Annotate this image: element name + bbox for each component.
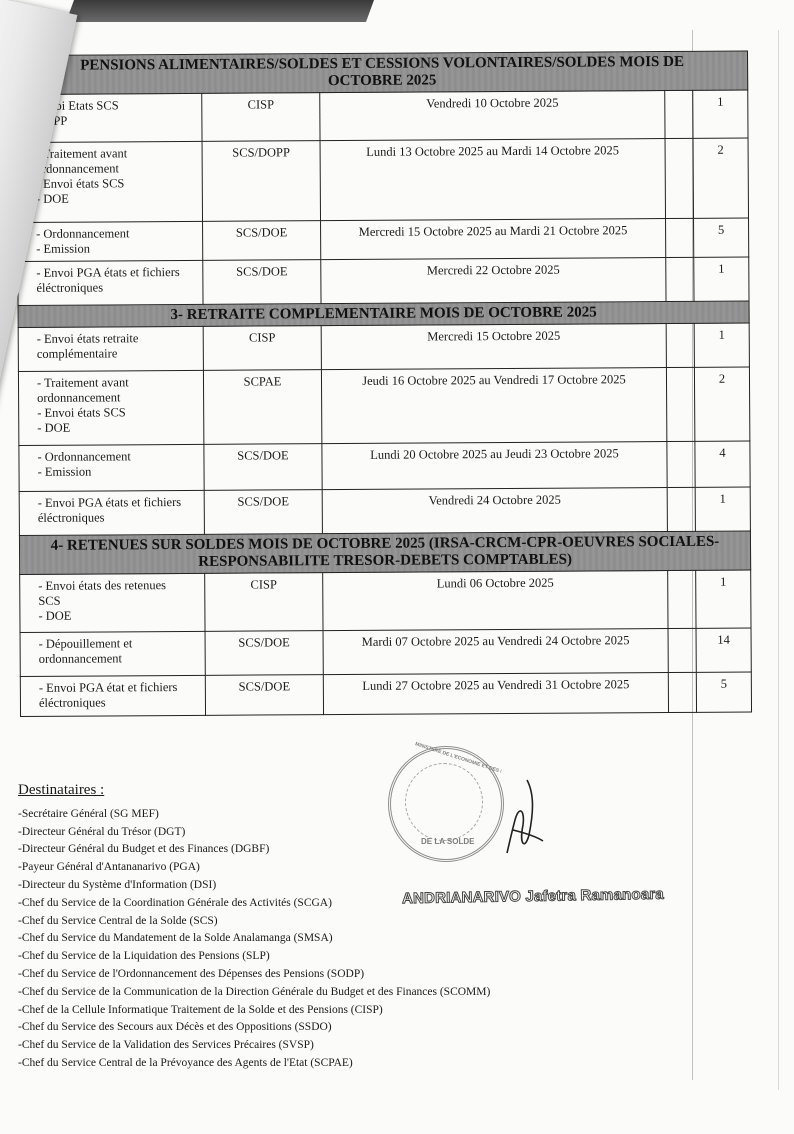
task-line: éléctroniques xyxy=(39,695,199,711)
task-cell: - Envoi PGA états et fichierséléctroniqu… xyxy=(18,260,203,305)
recipient-item: -Chef du Service Central de la Prévoyanc… xyxy=(18,1055,490,1073)
task-cell: - Envoi états retraitecomplémentaire xyxy=(18,326,203,371)
days-cell: 1 xyxy=(694,323,749,367)
schedule-table: PENSIONS ALIMENTAIRES/SOLDES ET CESSIONS… xyxy=(16,51,752,717)
recipient-item: -Chef de la Cellule Informatique Traitem… xyxy=(18,1002,490,1020)
actor-cell: SCS/DOPP xyxy=(202,141,320,222)
spacer-cell xyxy=(666,257,694,301)
task-line: - Emission xyxy=(38,464,198,480)
actor-cell: CISP xyxy=(202,93,320,142)
task-line: - Envoi états retraite xyxy=(37,331,197,347)
days-cell: 4 xyxy=(695,441,750,487)
table-row: - Ordonnancement- EmissionSCS/DOELundi 2… xyxy=(19,441,750,491)
section-header: 4- RETENUES SUR SOLDES MOIS DE OCTOBRE 2… xyxy=(19,531,750,574)
task-line: - Envoi états des retenues xyxy=(38,578,198,594)
task-line: - Envoi états SCS xyxy=(36,176,196,192)
signature-icon xyxy=(505,775,545,855)
task-cell: - Ordonnancement- Emission xyxy=(18,221,203,261)
date-cell: Mardi 07 Octobre 2025 au Vendredi 24 Oct… xyxy=(323,629,668,675)
task-line: éléctroniques xyxy=(36,280,196,296)
signer-name: ANDRIANARIVO Jafetra Ramanoara xyxy=(402,886,664,908)
spacer-cell xyxy=(665,138,693,218)
task-cell: - Dépouillement etordonnancement xyxy=(20,631,205,676)
task-line: - DOE xyxy=(36,191,196,207)
date-cell: Jeudi 16 Octobre 2025 au Vendredi 17 Oct… xyxy=(321,368,666,444)
date-cell: Vendredi 24 Octobre 2025 xyxy=(322,488,667,534)
table-row: - Ordonnancement- EmissionSCS/DOEMercred… xyxy=(18,218,749,261)
table-row: Envoi Etats SCSDOPPCISPVendredi 10 Octob… xyxy=(17,90,748,142)
task-line: - Traitement avant xyxy=(37,375,197,391)
task-line: - Envoi PGA état et fichiers xyxy=(39,680,199,696)
scan-edge-shadow xyxy=(66,0,374,22)
date-cell: Vendredi 10 Octobre 2025 xyxy=(320,91,665,141)
task-line: - Dépouillement et xyxy=(39,636,199,652)
days-cell: 1 xyxy=(693,90,748,138)
stamp-inner-ring xyxy=(405,763,483,841)
official-stamp: MINISTERE DE L'ECONOMIE ET DES FINANCES … xyxy=(388,746,504,862)
document-page: PENSIONS ALIMENTAIRES/SOLDES ET CESSIONS… xyxy=(0,0,794,1134)
date-cell: Mercredi 15 Octobre 2025 xyxy=(321,324,666,370)
date-cell: Mercredi 22 Octobre 2025 xyxy=(321,258,666,304)
task-line: ordonnancement xyxy=(39,651,199,667)
task-line: - Ordonnancement xyxy=(36,226,196,242)
task-line: - DOE xyxy=(37,420,197,436)
task-line: SCS xyxy=(38,593,198,609)
date-cell: Lundi 27 Octobre 2025 au Vendredi 31 Oct… xyxy=(323,673,668,715)
task-line: - Envoi PGA états et fichiers xyxy=(38,495,198,511)
actor-cell: SCS/DOE xyxy=(204,490,322,535)
recipient-item: -Chef du Service du Mandatement de la So… xyxy=(18,930,490,948)
table-row: - Traitement avantordonnancement- Envoi … xyxy=(18,367,749,445)
task-line: - Ordonnancement xyxy=(37,449,197,465)
task-line: - Emission xyxy=(36,241,196,257)
table-row: - Envoi PGA états et fichierséléctroniqu… xyxy=(19,487,750,535)
spacer-cell xyxy=(666,323,694,367)
actor-cell: SCS/DOE xyxy=(205,631,323,676)
task-line: Envoi Etats SCS xyxy=(35,98,195,114)
spacer-cell xyxy=(667,441,695,487)
recipient-item: -Chef du Service des Secours aux Décès e… xyxy=(18,1019,490,1037)
task-cell: - Traitement avantordonnancement- Envoi … xyxy=(18,370,203,445)
actor-cell: SCS/DOE xyxy=(204,444,322,491)
recipient-item: -Payeur Général d'Antananarivo (PGA) xyxy=(18,859,490,877)
date-cell: Lundi 06 Octobre 2025 xyxy=(323,571,668,631)
spacer-cell xyxy=(666,367,694,441)
days-cell: 1 xyxy=(694,257,749,301)
table-row: - Envoi états des retenuesSCS- DOECISPLu… xyxy=(20,570,751,632)
task-line: DOPP xyxy=(35,113,195,129)
recipient-item: -Chef du Service de la Validation des Se… xyxy=(18,1037,490,1055)
task-line: - Traitement avant xyxy=(36,146,196,162)
actor-cell: SCS/DOE xyxy=(203,221,321,261)
scan-artifact-line xyxy=(778,30,779,1090)
task-cell: - Envoi PGA état et fichierséléctronique… xyxy=(20,675,205,716)
table-row: - Envoi PGA états et fichierséléctroniqu… xyxy=(18,257,749,305)
days-cell: 5 xyxy=(694,218,749,257)
stamp-bottom-text: DE LA SOLDE xyxy=(421,837,474,846)
actor-cell: SCS/DOE xyxy=(203,260,321,305)
section-title: 4- RETENUES SUR SOLDES MOIS DE OCTOBRE 2… xyxy=(19,531,750,574)
actor-cell: CISP xyxy=(205,573,323,632)
actor-cell: SCPAE xyxy=(203,370,321,445)
actor-cell: CISP xyxy=(203,326,321,371)
table-row: - Traitement avantordonnancement- Envoi … xyxy=(17,138,748,222)
days-cell: 1 xyxy=(696,570,751,628)
recipient-item: -Chef du Service Central de la Solde (SC… xyxy=(18,913,490,931)
spacer-cell xyxy=(668,570,696,628)
spacer-cell xyxy=(665,90,693,138)
task-line: éléctroniques xyxy=(38,510,198,526)
days-cell: 5 xyxy=(696,672,751,712)
days-cell: 14 xyxy=(696,628,751,672)
days-cell: 2 xyxy=(694,367,749,441)
section-header: PENSIONS ALIMENTAIRES/SOLDES ET CESSIONS… xyxy=(17,51,748,94)
spacer-cell xyxy=(666,218,694,257)
actor-cell: SCS/DOE xyxy=(205,675,323,716)
task-line: ordonnancement xyxy=(36,161,196,177)
date-cell: Lundi 13 Octobre 2025 au Mardi 14 Octobr… xyxy=(320,139,665,221)
task-cell: - Envoi états des retenuesSCS- DOE xyxy=(20,573,205,632)
section-title: PENSIONS ALIMENTAIRES/SOLDES ET CESSIONS… xyxy=(17,51,748,94)
section-title-line: 3- RETRAITE COMPLEMENTAIRE MOIS DE OCTOB… xyxy=(27,304,741,325)
task-cell: - Envoi PGA états et fichierséléctroniqu… xyxy=(19,490,204,535)
task-line: - Envoi états SCS xyxy=(37,405,197,421)
days-cell: 2 xyxy=(693,138,749,218)
task-cell: - Ordonnancement- Emission xyxy=(19,444,204,491)
days-cell: 1 xyxy=(695,487,750,531)
spacer-cell xyxy=(668,672,696,712)
spacer-cell xyxy=(667,487,695,531)
date-cell: Lundi 20 Octobre 2025 au Jeudi 23 Octobr… xyxy=(322,442,667,490)
spacer-cell xyxy=(668,628,696,672)
date-cell: Mercredi 15 Octobre 2025 au Mardi 21 Oct… xyxy=(321,219,666,260)
table-row: - Envoi états retraitecomplémentaireCISP… xyxy=(18,323,749,371)
recipient-item: -Chef du Service de la Communication de … xyxy=(18,984,490,1002)
recipient-item: -Chef du Service de la Liquidation des P… xyxy=(18,948,490,966)
task-line: complémentaire xyxy=(37,346,197,362)
task-line: ordonnancement xyxy=(37,390,197,406)
recipient-item: -Chef du Service de l'Ordonnancement des… xyxy=(18,966,490,984)
table-row: - Dépouillement etordonnancementSCS/DOEM… xyxy=(20,628,751,676)
table-row: - Envoi PGA état et fichierséléctronique… xyxy=(20,672,751,716)
task-line: - Envoi PGA états et fichiers xyxy=(36,265,196,281)
task-line: - DOE xyxy=(38,608,198,624)
